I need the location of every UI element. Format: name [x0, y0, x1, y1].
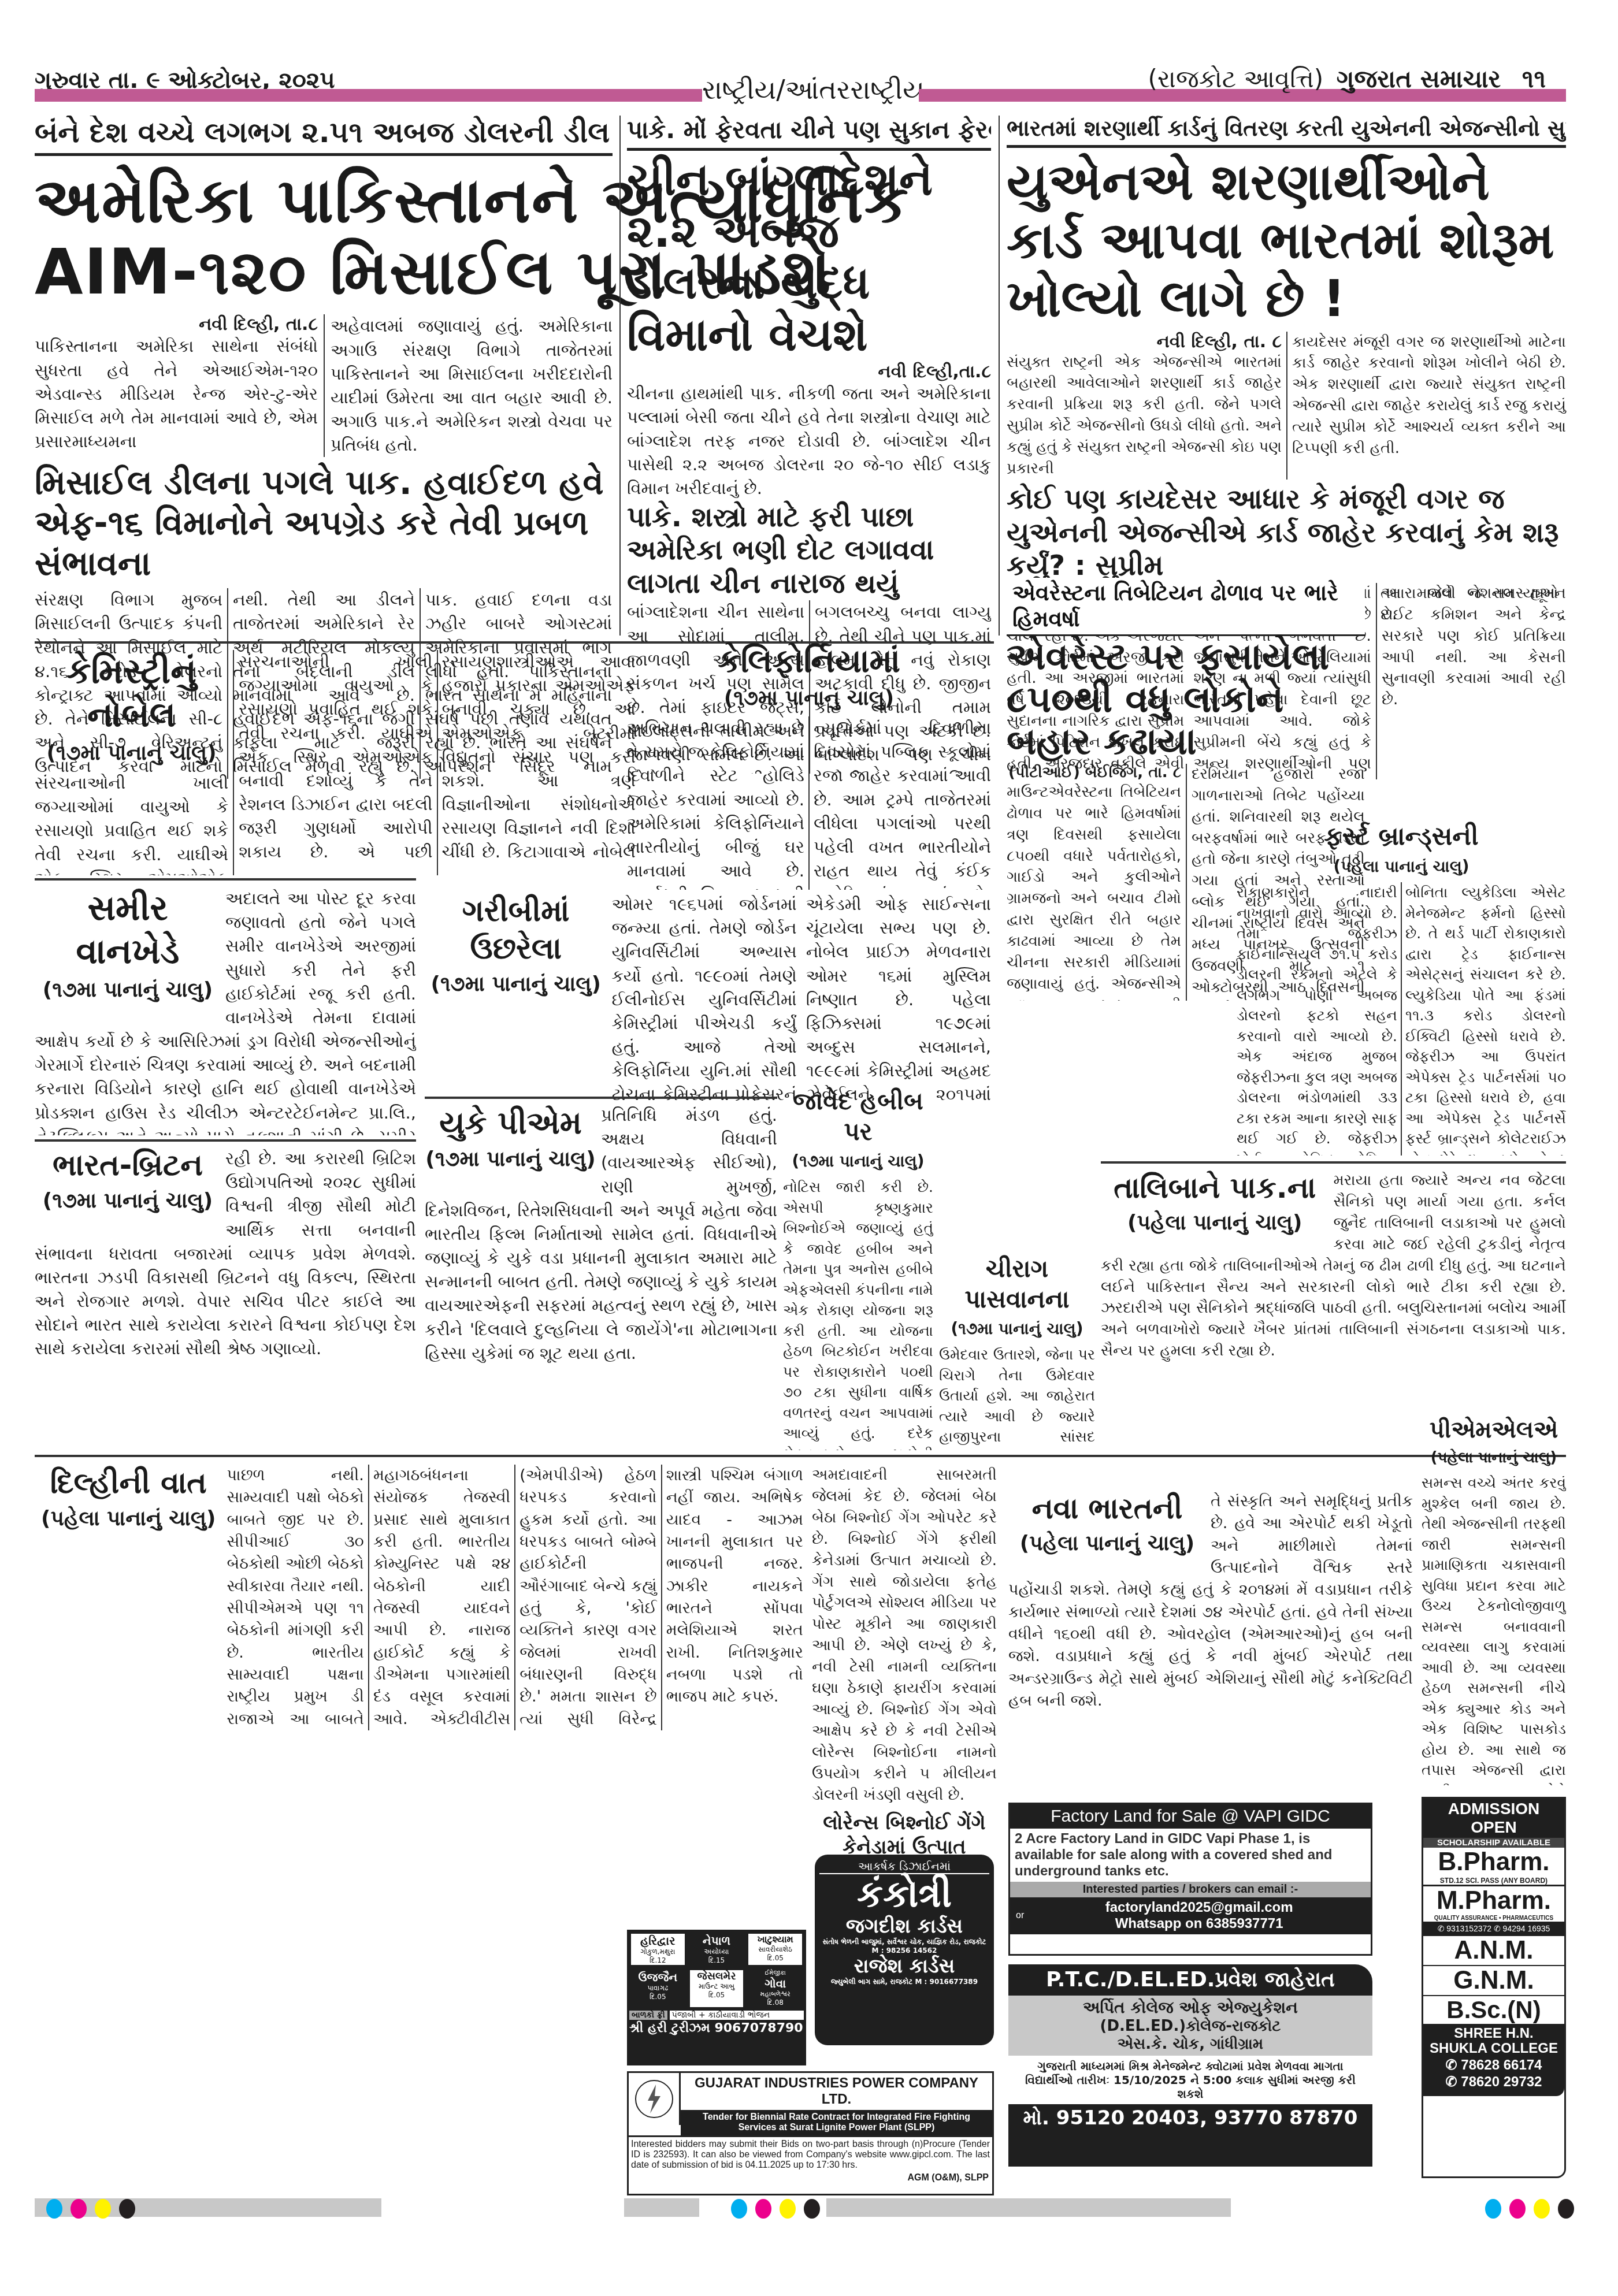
ad-kankotri: આકર્ષક ડિઝાઈનમાં કંકોત્રી જગદીશ કાર્ડસ સ… — [815, 1855, 994, 2045]
headline: AIM-૧૨૦ મિસાઈલ પૂરા પાડશે — [35, 237, 613, 309]
continuation-california: કેલિફોર્નિયામાં (૧૭મા પાનાનું ચાલુ) અભિય… — [627, 641, 991, 890]
tour-footer: શ્રી હરી ટુરીઝમ 9067078790 — [629, 2021, 804, 2035]
kankotri-title: કંકોત્રી — [819, 1874, 989, 1915]
factory-title: Factory Land for Sale @ VAPI GIDC — [1010, 1804, 1371, 1829]
tour-destination: ઉજજૈનપાવાગઢદિ.05 — [629, 1968, 686, 2009]
continuation-sub: (૧૭મા પાનાનું ચાલુ) — [939, 1319, 1095, 1339]
course-mpharm: M.Pharm. — [1423, 1886, 1564, 1915]
section-divider — [35, 1139, 416, 1142]
ptc-address: એસ.કે. ચોક, ગાંધીગ્રામ — [1011, 2035, 1370, 2053]
kankotri-shop: રાજેશ કાર્ડસ — [819, 1955, 989, 1978]
college-name: SHREE H.N. SHUKLA COLLEGE — [1424, 2026, 1563, 2057]
body-text: પાછળ નથી. સામ્યવાદી પક્ષો બેઠકો બાબતે જી… — [227, 1465, 804, 1730]
continuation-chirag: ચીરાગ પાસવાનના (૧૭મા પાનાનું ચાલુ) ઉમેદવ… — [939, 1254, 1095, 1450]
magenta-dot — [70, 2199, 87, 2219]
yellow-dot — [780, 2199, 796, 2219]
course-bsc: B.Sc.(N) — [1423, 1996, 1564, 2024]
paper-name: ગુજરાત સમાચાર — [1337, 65, 1501, 93]
continuation-first-brands: ફર્સ્ટ બ્રાન્ડ્સની (પહેલા પાનાનું ચાલુ) … — [1237, 820, 1566, 1156]
continuation-sub: (૧૭મા પાનાનું ચાલુ) — [35, 1189, 221, 1213]
page-number: ૧૧ — [1522, 65, 1546, 93]
registration-marks — [1485, 2199, 1582, 2221]
edition-info: (રાજકોટ આવૃત્તિ) ગુજરાત સમાચાર ૧૧ — [1148, 65, 1546, 94]
everest-banner: એવરેસ્ટના તિબેટિયન ઢોળાવ પર ભારે હિમવર્ષ… — [1007, 578, 1365, 636]
body-text: માઉન્ટએવરેસ્ટના તિબેટિયન ઢોળાવ પર ભારે હ… — [1007, 782, 1181, 1001]
cyan-dot — [731, 2199, 747, 2219]
continuation-wankhede: સમીર વાનખેડે (૧૭મા પાનાનું ચાલુ) અદાલતે … — [35, 887, 416, 1135]
black-dot — [1558, 2199, 1574, 2219]
cyan-dot — [46, 2199, 62, 2219]
dateline: નવી દિલ્હી, તા. ૮ — [1007, 332, 1282, 352]
gipcl-company: GUJARAT INDUSTRIES POWER COMPANY LTD. — [681, 2073, 992, 2110]
continuation-sub: (પહેલા પાનાનું ચાલુ) — [1101, 1211, 1329, 1235]
tour-destination: ઈમેજીકાગોવામહાબળેશ્વરદિ.08 — [747, 1968, 804, 2009]
body-text: અભિયાન ચલાવી રહ્યા છે તે સમયે જ કેલિફોર્… — [627, 716, 991, 890]
kankotri-address: સંતોષ ભેળની બાજુમાં, સર્વેશ્વર ચોક, યાજ્… — [819, 1938, 989, 1955]
factory-whatsapp: Whatsapp on 6385937771 — [1033, 1916, 1365, 1932]
subheadline: કોઈ પણ કાયદેસર આધાર કે મંજૂરી વગર જ યુએન… — [1007, 483, 1566, 583]
continuation-uk-pm: યુકે પીએમ (૧૭મા પાનાનું ચાલુ) પ્રતિનિધિ … — [425, 1104, 777, 1450]
continuation-india-britain: ભારત-બ્રિટન (૧૭મા પાનાનું ચાલુ) રહી છે. … — [35, 1147, 416, 1447]
continuation-title: ફર્સ્ટ બ્રાન્ડ્સની — [1237, 820, 1566, 852]
section-divider — [425, 1097, 777, 1099]
continuation-sub: (પહેલા પાનાનું ચાલુ) — [1422, 1449, 1566, 1467]
continuation-title: ગરીબીમાં ઉછરેલા — [425, 893, 607, 968]
cyan-dot — [1485, 2199, 1501, 2219]
continuation-title: કેલિફોર્નિયામાં — [627, 641, 991, 682]
continuation-javed-habib: જાવેદ હબીબ પર (૧૭મા પાનાનું ચાલુ) નોટિસ … — [783, 1086, 933, 1450]
college-phone: ✆ 78620 29732 — [1424, 2074, 1563, 2090]
section-divider — [1101, 1161, 1566, 1164]
edition-name: (રાજકોટ આવૃત્તિ) — [1148, 65, 1324, 93]
factory-body: 2 Acre Factory Land in GIDC Vapi Phase 1… — [1010, 1829, 1371, 1882]
body-text: ચીનના હાથમાંથી પાક. નીકળી જતા અને અમેરિક… — [627, 382, 991, 501]
admission-phones: ✆ 9313152372 ✆ 94294 16935 — [1423, 1922, 1564, 1936]
continuation-bishnoi: અમદાવાદની સાબરમતી જેલમાં કેદ છે. જેલમાં … — [812, 1465, 997, 1909]
continuation-poverty: ગરીબીમાં ઉછરેલા (૧૭મા પાનાનું ચાલુ) ઓમર … — [425, 893, 991, 1101]
continuation-title: યુકે પીએમ — [425, 1104, 596, 1143]
continuation-sub: (૧૭મા પાનાનું ચાલુ) — [35, 978, 221, 1002]
registration-marks — [731, 2199, 828, 2221]
continuation-sub: (૧૭મા પાનાનું ચાલુ) — [35, 741, 228, 766]
dateline: નવી દિલ્હી, તા.૮ — [35, 314, 318, 335]
ad-factory-land: Factory Land for Sale @ VAPI GIDC 2 Acre… — [1008, 1803, 1372, 1956]
kankotri-top: આકર્ષક ડિઝાઈનમાં — [819, 1859, 989, 1874]
body-text: ઓમર ૧૯૬૫માં જોર્ડનમાં જન્મ્યા હતાં. તેમણ… — [611, 893, 991, 1101]
gipcl-logo-icon — [629, 2073, 681, 2125]
ad-tour: હરિદ્વારગોકુળ,મથુરાદિ.12 નેપાળઅયોધ્યાદિ.… — [627, 1930, 806, 2065]
body-text: સંરચનાઓની ખાલી જગ્યાઓમાં વાયુઓ કે રસાયણો… — [35, 771, 228, 875]
body-text: સંયુક્ત રાષ્ટ્રની એક એજન્સીએ ભારતમાં બહા… — [1007, 352, 1282, 480]
body-text: સંરચનાઓની ખાલી જગ્યાઓમાં વાયુઓ કે રસાયણો… — [239, 650, 636, 875]
kicker: બંને દેશ વચ્ચે લગભગ ૨.૫૧ અબજ ડોલરની ડીલ — [35, 116, 613, 156]
kicker: પાકે. મોં ફેરવતા ચીને પણ સુકાન ફેરવ્યું — [627, 116, 991, 151]
continuation-title: દિલ્હીની વાત — [35, 1465, 222, 1502]
body-text: અમદાવાદની સાબરમતી જેલમાં કેદ છે. જેલમાં … — [812, 1465, 997, 1806]
continuation-sub: (૧૭મા પાનાનું ચાલુ) — [627, 686, 991, 711]
print-strip — [624, 2198, 699, 2217]
body-text: રોકાણકારોને નાદારી નાખવાનો વારો આવ્યો છે… — [1237, 882, 1566, 1156]
black-dot — [804, 2199, 820, 2219]
continuation-title: કેમિસ્ટ્રીનું નોબેલ — [35, 650, 228, 737]
course-gnm: G.N.M. — [1423, 1966, 1564, 1996]
continuation-sub: (પહેલા પાનાનું ચાલુ) — [1008, 1532, 1206, 1556]
course-bpharm: B.Pharm. — [1423, 1848, 1564, 1877]
yellow-dot — [1534, 2199, 1550, 2219]
print-strip — [826, 2198, 1231, 2217]
course-mpharm-specialization: QUALITY ASSURANCE • PHARMACEUTICS — [1423, 1915, 1564, 1922]
continuation-pmla: પીએમએલએ (પહેલા પાનાનું ચાલુ) સમન્સ વચ્ચે… — [1422, 1416, 1566, 1785]
tour-destination: જેસલમેરમાઉન્ટ આબુદિ.05 — [688, 1968, 745, 2009]
admission-scholarship: SCHOLARSHIP AVAILABLE — [1423, 1838, 1564, 1848]
gipcl-subtitle: Tender for Biennial Rate Contract for In… — [681, 2110, 992, 2135]
continuation-sub: (૧૭મા પાનાનું ચાલુ) — [783, 1151, 933, 1171]
ptc-title: P.T.C./D.EL.ED.પ્રવેશ જાહેરાત — [1008, 1964, 1372, 1996]
ad-ptc-admission: P.T.C./D.EL.ED.પ્રવેશ જાહેરાત અર્પિત કોલ… — [1008, 1964, 1372, 2167]
dateline: નવી દિલ્હી,તા.૮ — [627, 362, 991, 382]
column-rule — [999, 116, 1000, 636]
continuation-sub: (પહેલા પાનાનું ચાલુ) — [35, 1507, 222, 1531]
kankotri-shop: જગદીશ કાર્ડસ — [819, 1915, 989, 1938]
factory-or: or — [1016, 1911, 1024, 1921]
continuation-title: સમીર વાનખેડે — [35, 887, 221, 974]
subheadline: મિસાઈલ ડીલના પગલે પાક. હવાઈદળ હવે એફ-૧૬ … — [35, 463, 613, 584]
section-divider — [35, 1455, 1566, 1457]
dateline: (પીટીઆઈ) બેઈજિંગ, તા. ૮ — [1007, 764, 1181, 782]
factory-contact-label: Interested parties / brokers can email :… — [1010, 1882, 1371, 1897]
headline: ચીન બાંગ્લાદેશને ૨.૨ અબજ ડોલરના યુદ્ધ વિ… — [627, 154, 991, 362]
ptc-phone: મો. 95120 20403, 93770 87870 — [1008, 2104, 1372, 2132]
body-text: ઉમેદવાર ઉતારશે, જેના પર ચિરાગે તેના ઉમેદ… — [939, 1344, 1095, 1450]
kicker: ભારતમાં શરણાર્થી કાર્ડનું વિતરણ કરતી યુએ… — [1007, 116, 1566, 148]
admission-title: ADMISSION OPEN — [1423, 1799, 1564, 1838]
body-text: આ મામલે નેશનલ હ્યૂમન રાઈટ કમિશન અને કેન્… — [1376, 583, 1566, 779]
continuation-title: તાલિબાને પાક.ના — [1101, 1170, 1329, 1206]
ad-shukla-college: ADMISSION OPEN SCHOLARSHIP AVAILABLE B.P… — [1422, 1797, 1566, 2178]
continuation-sub: (પહેલા પાનાનું ચાલુ) — [1237, 857, 1566, 876]
gipcl-signatory: AGM (O&M), SLPP — [629, 2173, 992, 2183]
headline: અમેરિકા પાકિસ્તાનને અત્યાધુનિક — [35, 165, 613, 237]
section-title: રાષ્ટ્રીય/આંતરરાષ્ટ્રીય — [702, 74, 925, 106]
continuation-title: જાવેદ હબીબ પર — [783, 1086, 933, 1147]
section-divider — [35, 878, 416, 880]
body-text: અહેવાલમાં જણાવાયું હતું. અમેરિકાના અગાઉ … — [331, 314, 613, 457]
continuation-sub: (૧૭મા પાનાનું ચાલુ) — [425, 1147, 596, 1172]
magenta-dot — [1509, 2199, 1526, 2219]
tour-destination: હરિદ્વારગોકુળ,મથુરાદિ.12 — [629, 1932, 686, 1967]
ptc-college: અર્પિત કોલેજ ઓફ એજ્યુકેશન — [1011, 1998, 1370, 2018]
course-bpharm-eligibility: STD.12 SCI. PASS (ANY BOARD) — [1423, 1877, 1564, 1886]
ptc-body: ગુજરાતી માધ્યમમાં મિશ્ર મેનેજમેન્ટ ક્વોટ… — [1008, 2056, 1372, 2104]
tour-kids-free: બાળકો ફ્રી — [629, 2011, 667, 2020]
continuation-sub: (૧૭મા પાનાનું ચાલુ) — [425, 972, 607, 997]
column-rule — [619, 116, 621, 636]
ptc-college-type: (D.EL.ED.)કોલેજ-રાજકોટ — [1011, 2018, 1370, 2035]
gipcl-body: Interested bidders may submit their Bids… — [629, 2137, 992, 2173]
headline: યુએનએ શરણાર્થીઓને કાર્ડ આપવા ભારતમાં શોર… — [1007, 153, 1566, 328]
college-phone: ✆ 78628 66174 — [1424, 2057, 1563, 2074]
tour-destination: ખાટુશ્યામસાવરીયાશેઠદિ.05 — [747, 1932, 804, 1967]
headline: એવરેસ્ટ પર ફસાયેલા ૮૫૦થી વધુ લોકોને બહાર… — [1007, 636, 1365, 764]
black-dot — [119, 2199, 135, 2219]
kankotri-address: જ્યુબેલી બાગ સામે, રાજકોટ M : 9016677389 — [819, 1978, 989, 1986]
body-text: નોટિસ જારી કરી છે. એસપી કૃષ્ણકુમાર બિશ્ન… — [783, 1177, 933, 1450]
continuation-title: નવા ભારતની — [1008, 1491, 1206, 1527]
yellow-dot — [95, 2199, 111, 2219]
course-anm: A.N.M. — [1423, 1936, 1564, 1966]
ad-gipcl: GUJARAT INDUSTRIES POWER COMPANY LTD. Te… — [627, 2071, 994, 2195]
registration-marks — [46, 2199, 143, 2221]
tour-destination: નેપાળઅયોધ્યાદિ.15 — [688, 1932, 745, 1967]
continuation-nobel: કેમિસ્ટ્રીનું નોબેલ (૧૭મા પાનાનું ચાલુ) … — [35, 650, 636, 875]
masthead-bar-left — [35, 89, 702, 102]
continuation-title: ભારત-બ્રિટન — [35, 1147, 221, 1184]
continuation-new-india: નવા ભારતની (પહેલા પાનાનું ચાલુ) તે સંસ્ક… — [1008, 1491, 1413, 1791]
magenta-dot — [755, 2199, 771, 2219]
tour-food: પંજાબી + કાઠીયાવાડી ભોજન — [670, 2011, 804, 2020]
continuation-taliban: તાલિબાને પાક.ના (પહેલા પાનાનું ચાલુ) મરા… — [1101, 1170, 1566, 1447]
body-text: પાકિસ્તાનના અમેરિકા સાથેના સંબંધો સુધરતા… — [35, 335, 318, 454]
continuation-title: ચીરાગ પાસવાનના — [939, 1254, 1095, 1314]
body-text: સમન્સ વચ્ચે અંતર કરવું મુશ્કેલ બની જાય છ… — [1422, 1473, 1566, 1785]
body-text: કાયદેસર મંજૂરી વગર જ શરણાર્થીઓ માટેના કા… — [1286, 332, 1566, 480]
subheadline: પાકે. શસ્ત્રો માટે ફરી પાછા અમેરિકા ભણી … — [627, 501, 991, 601]
factory-email[interactable]: factoryland2025@gmail.com — [1033, 1900, 1365, 1916]
continuation-title: પીએમએલએ — [1422, 1416, 1566, 1444]
